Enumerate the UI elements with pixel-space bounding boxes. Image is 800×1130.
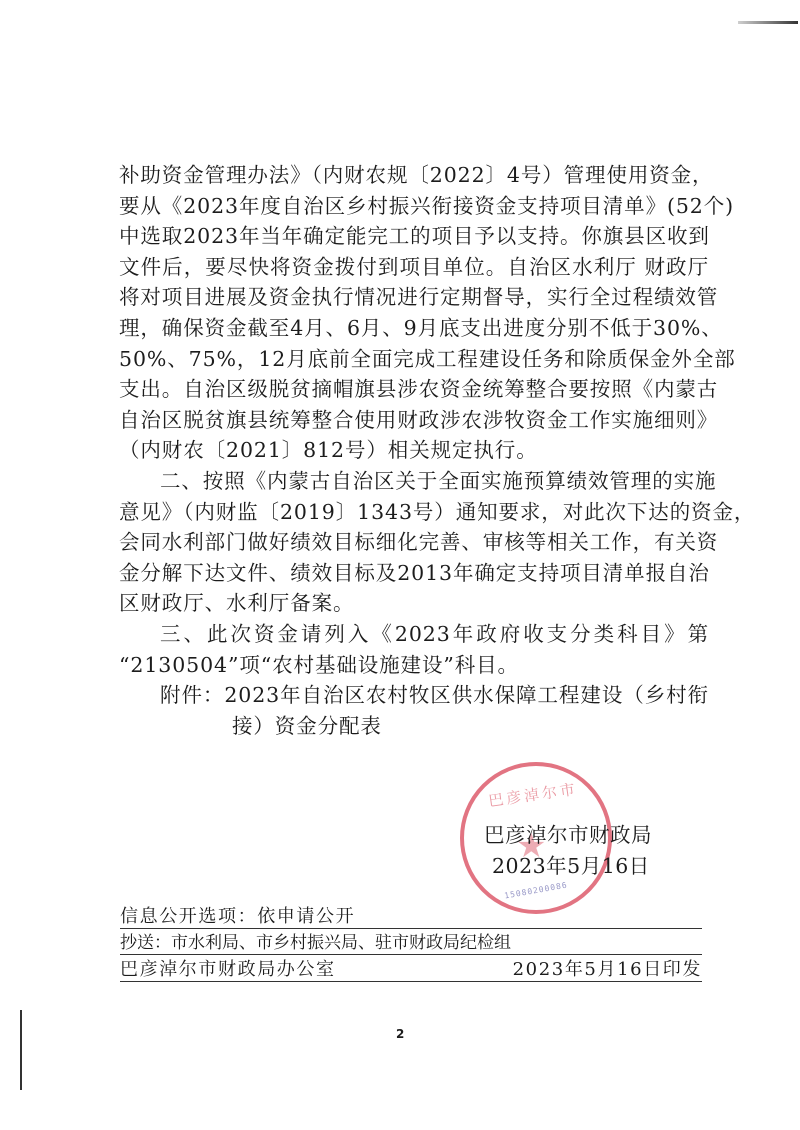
cc-list: 抄送：市水利局、市乡村振兴局、驻市财政局纪检组 [120, 932, 511, 954]
paragraph-3: 三、此次资金请列入《2023年政府收支分类科目》第 “2130504”项“农村基… [119, 619, 709, 680]
text-line: 三、此次资金请列入《2023年政府收支分类科目》第 [119, 619, 709, 650]
text-line: （内财农〔2021〕812号）相关规定执行。 [119, 435, 709, 466]
attachment-line: 附件：2023年自治区农村牧区供水保障工程建设（乡村衔 [119, 680, 709, 711]
text-line: 文件后，要尽快将资金拨付到项目单位。自治区水利厅 财政厅 [119, 252, 709, 283]
text-line: 中选取2023年当年确定能完工的项目予以支持。你旗县区收到 [119, 221, 709, 252]
text-line: “2130504”项“农村基础设施建设”科目。 [119, 650, 709, 681]
print-row: 巴彦淖尔市财政局办公室 2023年5月16日印发 [120, 955, 702, 982]
scan-edge-mark [738, 21, 798, 24]
text-line: 区财政厅、水利厅备案。 [119, 588, 709, 619]
text-line: 要从《2023年度自治区乡村振兴衔接资金支持项目清单》(52个) [119, 191, 709, 222]
print-date: 2023年5月16日印发 [513, 959, 702, 981]
text-line: 支出。自治区级脱贫摘帽旗县涉农资金统筹整合要按照《内蒙古 [119, 374, 709, 405]
text-line: 自治区脱贫旗县统筹整合使用财政涉农涉牧资金工作实施细则》 [119, 405, 709, 436]
disclosure-option: 信息公开选项：依申请公开 [120, 906, 355, 928]
issue-date: 2023年5月16日 [484, 851, 652, 882]
document-body: 补助资金管理办法》（内财农规〔2022〕4号）管理使用资金， 要从《2023年度… [119, 160, 709, 741]
text-line: 二、按照《内蒙古自治区关于全面实施预算绩效管理的实施 [119, 466, 709, 497]
text-line: 意见》（内财监〔2019〕1343号）通知要求，对此次下达的资金， [119, 497, 709, 528]
seal-ring-text: 巴彦淖尔市 [487, 778, 579, 811]
paragraph-2: 二、按照《内蒙古自治区关于全面实施预算绩效管理的实施 意见》（内财监〔2019〕… [119, 466, 709, 619]
text-line: 金分解下达文件、绩效目标及2013年确定支持项目清单报自治 [119, 558, 709, 589]
issuer-name: 巴彦淖尔市财政局 [484, 820, 652, 851]
attachment-title: 2023年自治区农村牧区供水保障工程建设（乡村衔 [224, 683, 709, 707]
text-line: 补助资金管理办法》（内财农规〔2022〕4号）管理使用资金， [119, 160, 709, 191]
page-number: 2 [396, 1027, 404, 1041]
attachment-title-cont: 接）资金分配表 [119, 711, 709, 742]
paragraph-1: 补助资金管理办法》（内财农规〔2022〕4号）管理使用资金， 要从《2023年度… [119, 160, 709, 466]
document-footer: 信息公开选项：依申请公开 抄送：市水利局、市乡村振兴局、驻市财政局纪检组 巴彦淖… [120, 902, 702, 982]
seal-code: 15080200086 [504, 881, 569, 901]
text-line: 50%、75%，12月底前全面完成工程建设任务和除质保金外全部 [119, 344, 709, 375]
disclosure-row: 信息公开选项：依申请公开 [120, 902, 702, 929]
scan-edge-mark [20, 1010, 22, 1090]
text-line: 将对项目进展及资金执行情况进行定期督导，实行全过程绩效管 [119, 282, 709, 313]
issuing-office: 巴彦淖尔市财政局办公室 [120, 959, 336, 981]
signature-block: 巴彦淖尔市财政局 2023年5月16日 [484, 820, 652, 881]
attachment: 附件：2023年自治区农村牧区供水保障工程建设（乡村衔 接）资金分配表 [119, 680, 709, 741]
text-line: 会同水利部门做好绩效目标细化完善、审核等相关工作，有关资 [119, 527, 709, 558]
text-line: 理，确保资金截至4月、6月、9月底支出进度分别不低于30%、 [119, 313, 709, 344]
cc-row: 抄送：市水利局、市乡村振兴局、驻市财政局纪检组 [120, 929, 702, 956]
attachment-label: 附件： [160, 683, 224, 707]
